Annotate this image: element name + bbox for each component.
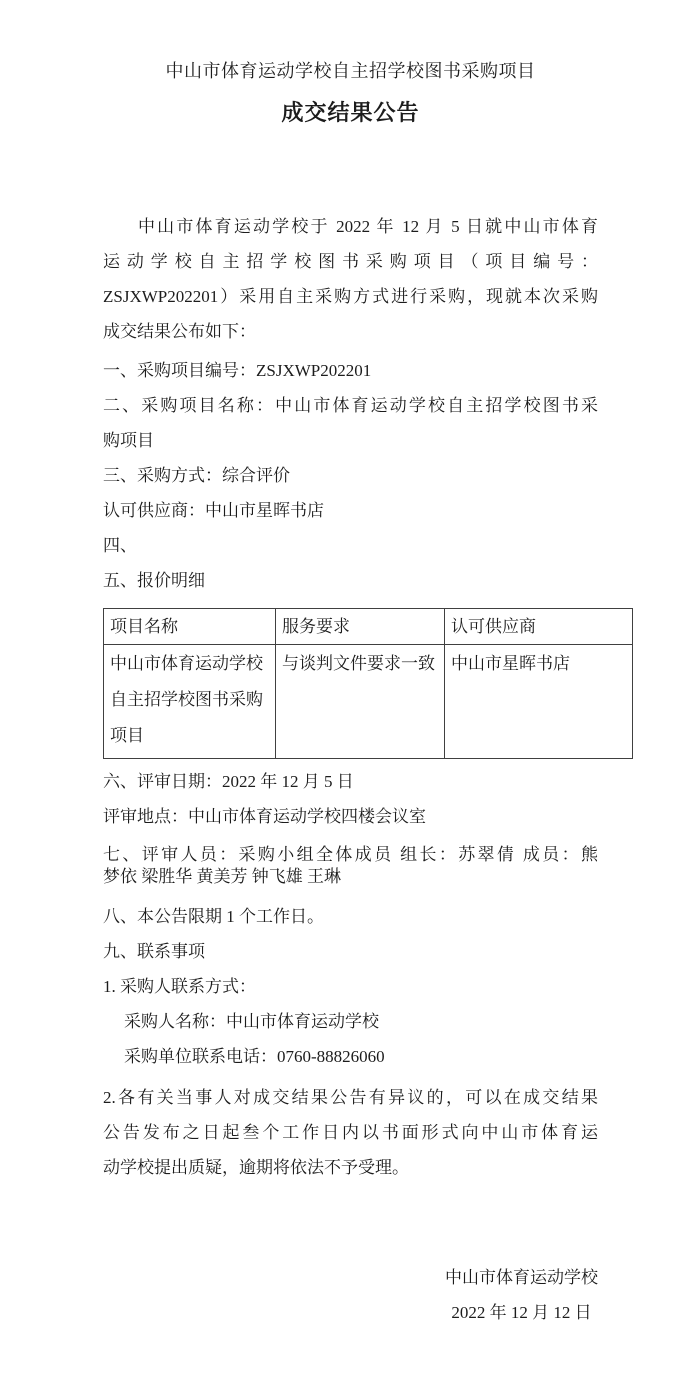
objection-line: 2.各有关当事人对成交结果公告有异议的，可以在成交结果 [103, 1080, 598, 1115]
objection-line: 动学校提出质疑，逾期将依法不予受理。 [103, 1150, 598, 1185]
notices-block: 八、本公告限期 1 个工作日。 九、联系事项 1. 采购人联系方式： 采购人名称… [103, 899, 598, 1074]
purchaser-name: 采购人名称：中山市体育运动学校 [103, 1004, 598, 1039]
notice-item: 八、本公告限期 1 个工作日。 [103, 899, 598, 934]
intro-line: 中山市体育运动学校于 2022 年 12 月 5 日就中山市体育 [103, 209, 598, 244]
signature-block: 中山市体育运动学校 2022 年 12 月 12 日 [103, 1260, 598, 1330]
document-page: 中山市体育运动学校自主招学校图书采购项目 成交结果公告 中山市体育运动学校于 2… [0, 0, 700, 1385]
signature: 中山市体育运动学校 [445, 1260, 598, 1295]
document-content: 中山市体育运动学校自主招学校图书采购项目 成交结果公告 中山市体育运动学校于 2… [103, 56, 598, 1330]
notice-item: 九、联系事项 [103, 934, 598, 969]
objection-line: 公告发布之日起叁个工作日内以书面形式向中山市体育运 [103, 1115, 598, 1150]
signature-date: 2022 年 12 月 12 日 [445, 1295, 598, 1330]
quote-table: 项目名称 服务要求 认可供应商 中山市体育运动学校自主招学校图书采购项目 与谈判… [103, 608, 633, 759]
numbered-items: 一、采购项目编号：ZSJXWP202201 二、采购项目名称：中山市体育运动学校… [103, 353, 598, 598]
doc-subtitle: 中山市体育运动学校自主招学校图书采购项目 [103, 56, 598, 86]
signature-inner: 中山市体育运动学校 2022 年 12 月 12 日 [445, 1260, 598, 1330]
intro-line: ZSJXWP202201）采用自主采购方式进行采购，现就本次采购 [103, 279, 598, 314]
reviewers-line: 梦依 梁胜华 黄美芳 钟飞雄 王琳 [103, 866, 598, 888]
review-info: 六、评审日期：2022 年 12 月 5 日 评审地点：中山市体育运动学校四楼会… [103, 764, 598, 834]
list-item: 购项目 [103, 423, 598, 458]
reviewers-line: 七、评审人员：采购小组全体成员 组长：苏翠倩 成员：熊 [103, 844, 598, 866]
list-item: 三、采购方式：综合评价 [103, 458, 598, 493]
doc-title: 成交结果公告 [103, 98, 598, 128]
list-item: 二、采购项目名称：中山市体育运动学校自主招学校图书采 [103, 388, 598, 423]
list-item: 认可供应商：中山市星晖书店 [103, 493, 598, 528]
reviewers-paragraph: 七、评审人员：采购小组全体成员 组长：苏翠倩 成员：熊 梦依 梁胜华 黄美芳 钟… [103, 844, 598, 888]
table-header-cell: 项目名称 [104, 609, 276, 645]
table-cell-service-requirement: 与谈判文件要求一致 [276, 645, 445, 759]
table-row: 中山市体育运动学校自主招学校图书采购项目 与谈判文件要求一致 中山市星晖书店 [104, 645, 633, 759]
intro-line: 成交结果公布如下： [103, 314, 598, 349]
table-header-row: 项目名称 服务要求 认可供应商 [104, 609, 633, 645]
objection-paragraph: 2.各有关当事人对成交结果公告有异议的，可以在成交结果 公告发布之日起叁个工作日… [103, 1080, 598, 1185]
list-item: 一、采购项目编号：ZSJXWP202201 [103, 353, 598, 388]
table-header-cell: 服务要求 [276, 609, 445, 645]
notice-item: 1. 采购人联系方式： [103, 969, 598, 1004]
review-date: 六、评审日期：2022 年 12 月 5 日 [103, 764, 598, 799]
table-cell-supplier: 中山市星晖书店 [445, 645, 633, 759]
list-item: 四、 [103, 528, 598, 563]
purchaser-phone: 采购单位联系电话：0760-88826060 [103, 1039, 598, 1074]
table-header-cell: 认可供应商 [445, 609, 633, 645]
intro-line: 运动学校自主招学校图书采购项目（项目编号： [103, 244, 598, 279]
intro-paragraph: 中山市体育运动学校于 2022 年 12 月 5 日就中山市体育 运动学校自主招… [103, 209, 598, 349]
list-item: 五、报价明细 [103, 563, 598, 598]
review-location: 评审地点：中山市体育运动学校四楼会议室 [103, 799, 598, 834]
table-cell-project-name: 中山市体育运动学校自主招学校图书采购项目 [104, 645, 276, 759]
